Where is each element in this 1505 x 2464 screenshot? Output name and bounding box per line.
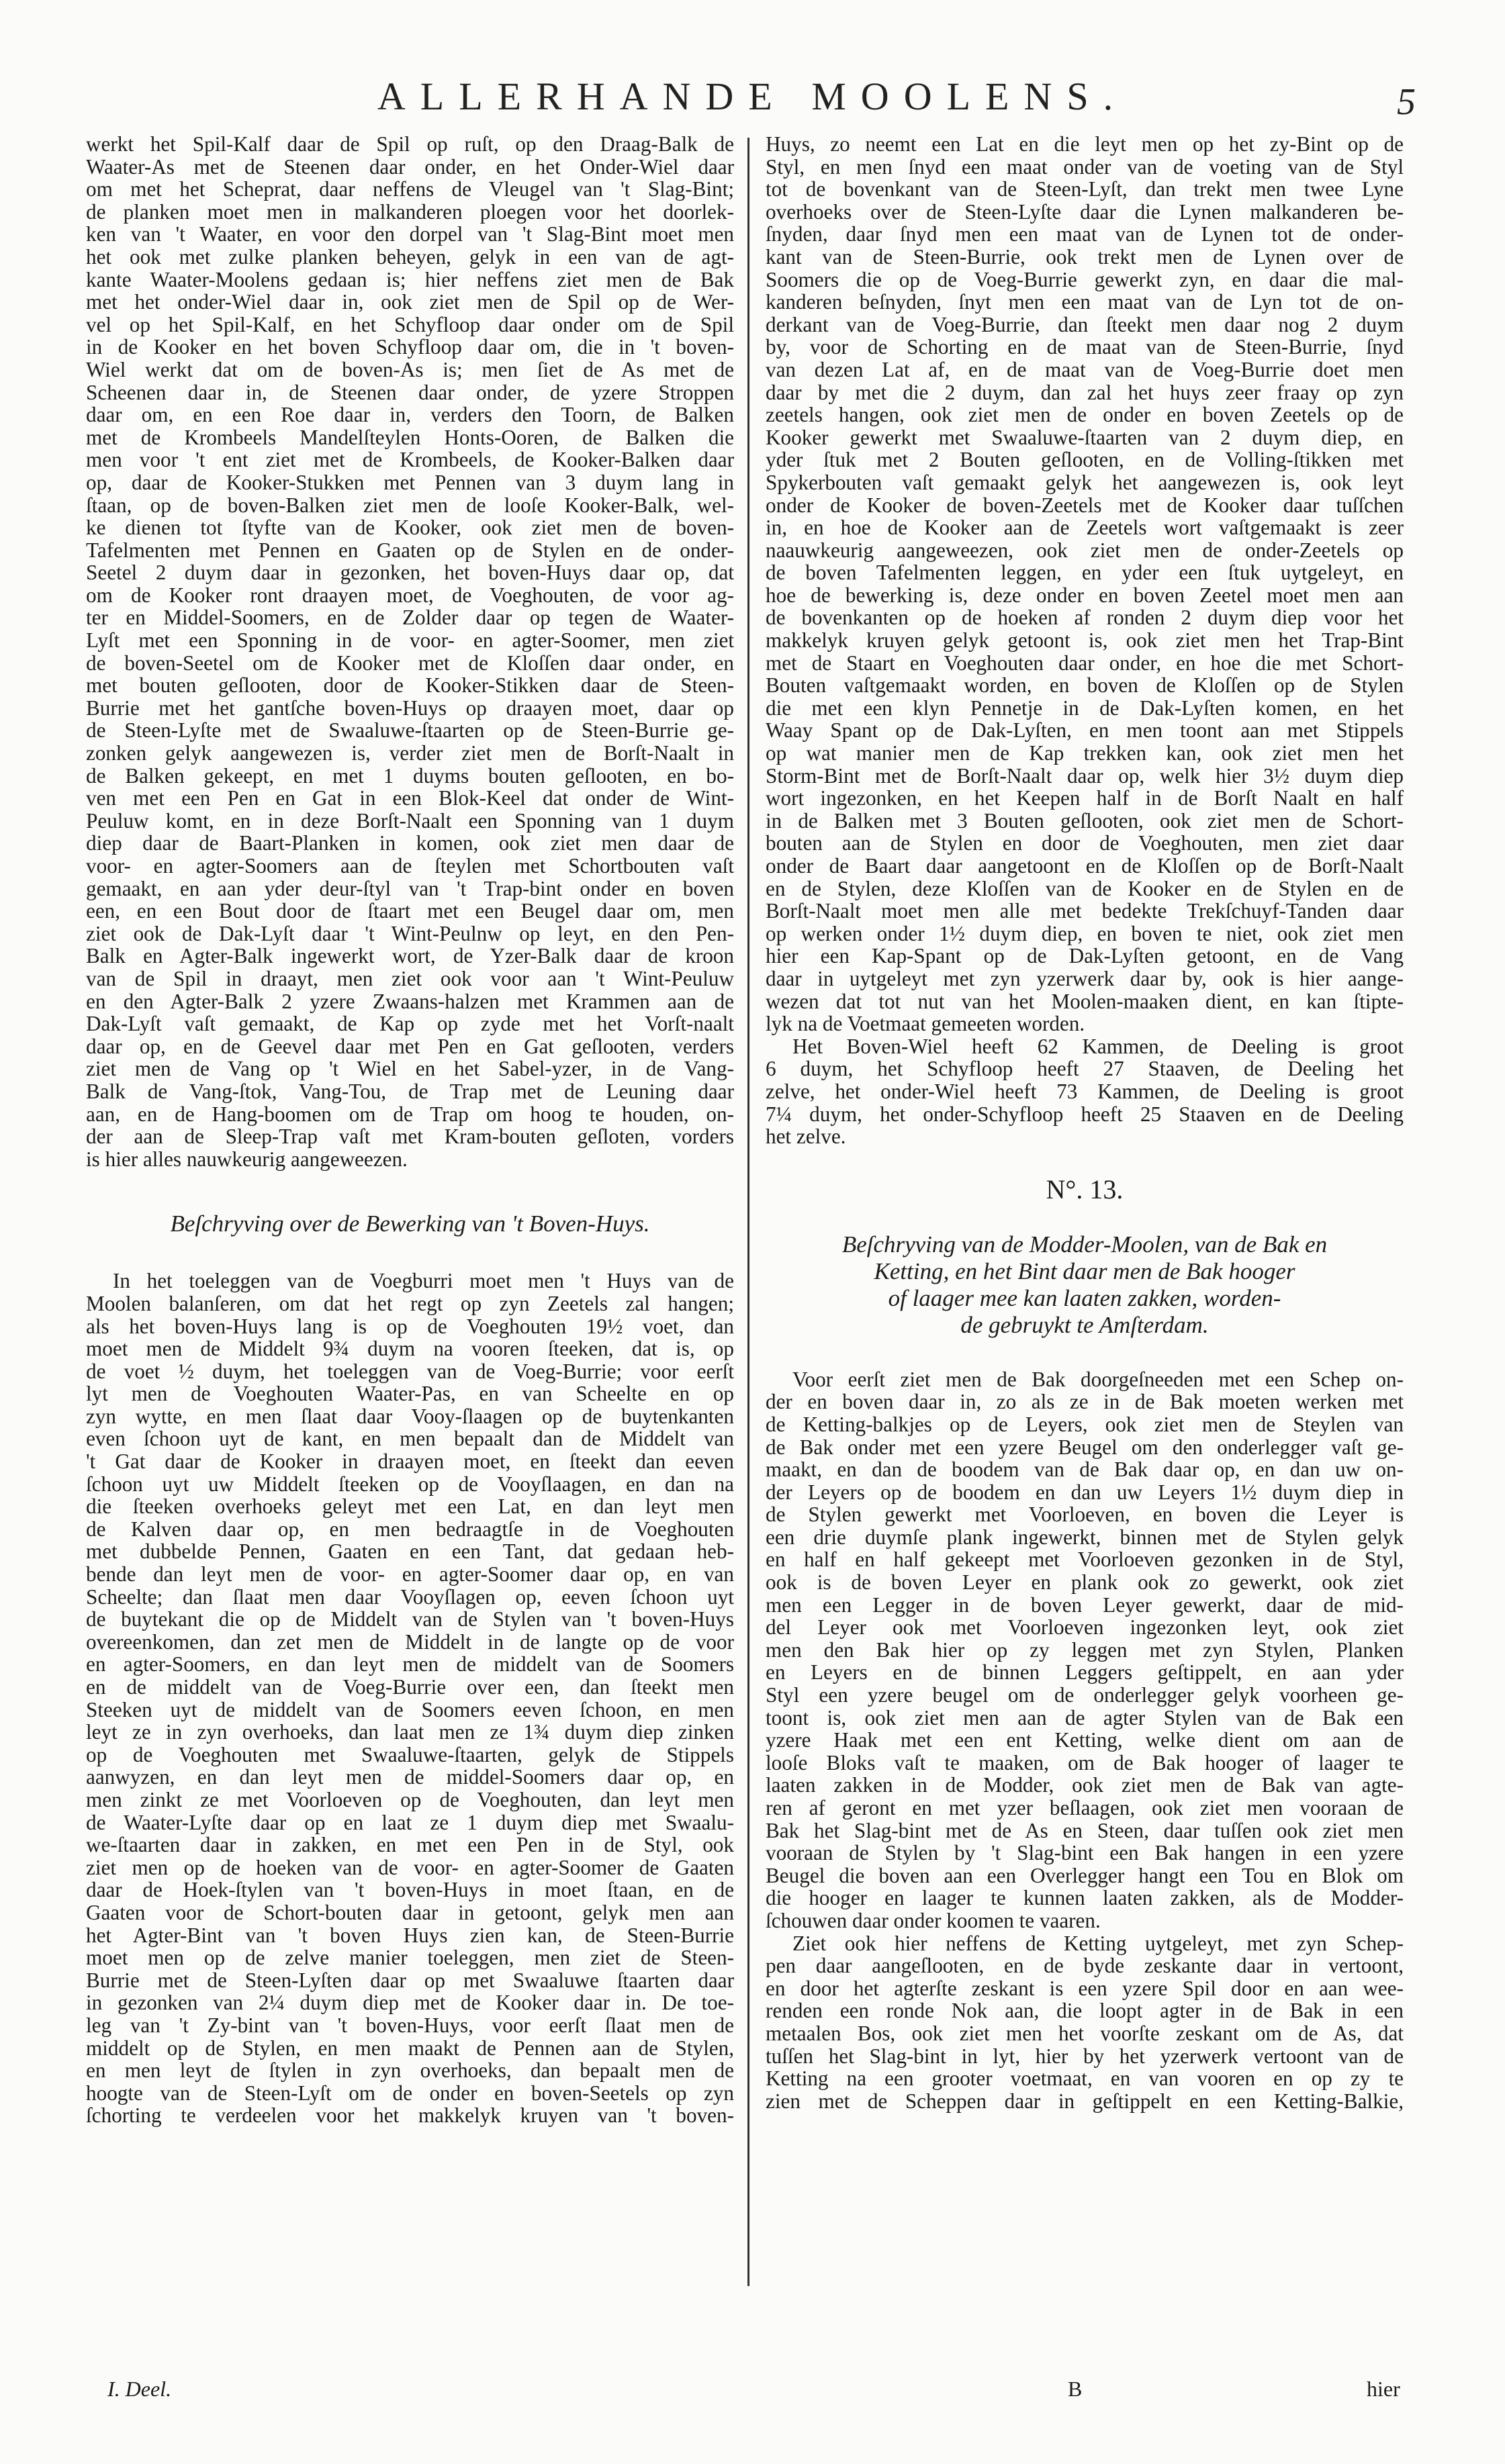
text-line: en agter-Soomers, en dan leyt men de mid…	[86, 1653, 734, 1676]
text-line: In het toeleggen van de Voegburri moet m…	[86, 1270, 734, 1292]
signature-mark: B	[1068, 2377, 1082, 2402]
text-line: Het Boven-Wiel heeft 62 Kammen, de Deeli…	[766, 1035, 1404, 1058]
text-line: ziet men de Vang op 't Wiel en het Sabel…	[86, 1057, 734, 1080]
page-number: 5	[1397, 81, 1416, 124]
text-line: ken van 't Waater, en voor den dorpel va…	[86, 223, 734, 246]
text-line: vel op het Spil-Kalf, en het Schyfloop d…	[86, 314, 734, 336]
text-line: op wat manier men de Kap trekken kan, oo…	[766, 742, 1404, 765]
text-line: Waater-As met de Steenen daar onder, en …	[86, 156, 734, 179]
text-line: de Balken gekeept, en met 1 duyms bouten…	[86, 765, 734, 788]
paragraph-continuation: Huys, zo neemt een Lat en die leyt men o…	[766, 133, 1404, 1035]
text-line: de bovenkanten op de hoeken af ronden 2 …	[766, 606, 1404, 629]
text-line: kante Waater-Moolens gedaan is; hier nef…	[86, 269, 734, 291]
text-line: Steeken uyt de middelt van de Soomers ee…	[86, 1699, 734, 1721]
text-line: makkelyk kruyen gelyk getoont is, ook zi…	[766, 629, 1404, 652]
text-line: Burrie met het gantſche boven-Huys op dr…	[86, 697, 734, 720]
text-line: kanderen beſnyden, ſnyt men een maat van…	[766, 291, 1404, 314]
text-line: Burrie met de Steen-Lyſten daar op met S…	[86, 1969, 734, 1992]
text-line: en den Agter-Balk 2 yzere Zwaans-halzen …	[86, 990, 734, 1013]
right-column: Huys, zo neemt een Lat en die leyt men o…	[766, 133, 1404, 2112]
text-line: gemaakt, en aan yder deur-ſtyl van 't Tr…	[86, 878, 734, 900]
text-line: metaalen Bos, ook ziet men het voorſte z…	[766, 2022, 1404, 2045]
left-column: werkt het Spil-Kalf daar de Spil op ruſt…	[86, 133, 734, 2127]
text-line: middelt op de Stylen, en men maakt de Pe…	[86, 2037, 734, 2060]
text-line: Moolen balanſeren, om dat het regt op zy…	[86, 1292, 734, 1315]
text-line: 7¼ duym, het onder-Schyfloop heeft 25 St…	[766, 1103, 1404, 1126]
text-line: 6 duym, het Schyfloop heeft 27 Staaven, …	[766, 1057, 1404, 1080]
text-line: yzere Haak met een ent Ketting, welke di…	[766, 1729, 1404, 1752]
text-line: onder de Kooker de boven-Zeetels met de …	[766, 494, 1404, 517]
text-line: zonken gelyk aangewezen is, verder ziet …	[86, 742, 734, 765]
text-line: het ook met zulke planken beheyen, gelyk…	[86, 246, 734, 269]
text-line: der aan de Sleep-Trap vaſt met Kram-bout…	[86, 1125, 734, 1148]
text-line: Styl een yzere beugel om de onderlegger …	[766, 1684, 1404, 1707]
text-line: het zelve.	[766, 1125, 1404, 1148]
text-line: de buytekant die op de Middelt van de St…	[86, 1608, 734, 1631]
text-line: Balk de Vang-ſtok, Vang-Tou, de Trap met…	[86, 1080, 734, 1103]
text-line: men voor 't ent ziet met de Krombeels, d…	[86, 448, 734, 471]
text-line: ſnyden, daar ſnyd men een maat van de Ly…	[766, 223, 1404, 246]
text-line: zelve, het onder-Wiel heeft 73 Kammen, d…	[766, 1080, 1404, 1103]
text-line: lyk na de Voetmaat gemeeten worden.	[766, 1012, 1404, 1035]
text-line: de Bak onder met een yzere Beugel om den…	[766, 1436, 1404, 1459]
running-title: ALLERHANDE MOOLENS.	[0, 74, 1505, 119]
text-line: Borſt-Naalt moet men alle met bedekte Tr…	[766, 900, 1404, 922]
text-line: daar om, en een Roe daar in, verders den…	[86, 404, 734, 426]
text-line: by, voor de Schorting en de maat van de …	[766, 336, 1404, 359]
text-line: in gezonken van 2¼ duym diep met de Kook…	[86, 1991, 734, 2014]
text-line: van de Spil in draayt, men ziet ook voor…	[86, 967, 734, 990]
text-line: Huys, zo neemt een Lat en die leyt men o…	[766, 133, 1404, 156]
text-line: een, en een Bout door de ſtaart met een …	[86, 900, 734, 922]
signature-volume: I. Deel.	[107, 2377, 171, 2402]
text-line: die hooger en laager te kunnen laaten za…	[766, 1887, 1404, 1909]
text-line: de voet ½ duym, het toeleggen van de Voe…	[86, 1360, 734, 1383]
text-line: der Leyers op de boodem en dan uw Leyers…	[766, 1481, 1404, 1504]
text-line: en de middelt van de Voeg-Burrie over ee…	[86, 1676, 734, 1699]
text-line: op de Voeghouten met Swaaluwe-ſtaarten, …	[86, 1744, 734, 1766]
column-divider	[747, 138, 749, 2286]
text-line: en half en half gekeept met Voorloeven g…	[766, 1548, 1404, 1571]
text-line: met dubbelde Pennen, Gaaten en een Tant,…	[86, 1540, 734, 1563]
book-page: ALLERHANDE MOOLENS. 5 werkt het Spil-Kal…	[0, 0, 1505, 2464]
text-line: en Leyers en de binnen Leggers geſtippel…	[766, 1661, 1404, 1684]
text-line: Voor eerſt ziet men de Bak doorgeſneeden…	[766, 1368, 1404, 1391]
text-line: Wiel werkt dat om de boven-As is; men ſi…	[86, 359, 734, 381]
text-line: daar de Hoek-ſtylen van 't boven-Huys in…	[86, 1879, 734, 1901]
text-line: laaten zakken in de Modder, ook ziet men…	[766, 1774, 1404, 1797]
paragraph-boven-huys: In het toeleggen van de Voegburri moet m…	[86, 1270, 734, 2127]
text-line: we-ſtaarten daar in zakken, en met een P…	[86, 1834, 734, 1856]
text-line: tuſſen het Slag-bint in lyt, hier by het…	[766, 2045, 1404, 2068]
text-line: in de Kooker en het boven Schyfloop daar…	[86, 336, 734, 359]
text-line: de Steen-Lyſte met de Swaaluwe-ſtaarten …	[86, 719, 734, 742]
text-line: aan, en de Hang-boomen om de Trap om hoo…	[86, 1103, 734, 1126]
text-line: even ſchoon uyt de kant, en men bepaalt …	[86, 1427, 734, 1450]
text-line: looſe Bloks vaſt te maaken, om de Bak ho…	[766, 1752, 1404, 1774]
text-line: voor- en agter-Soomers aan de ſteylen me…	[86, 855, 734, 878]
text-line: del Leyer ook met Voorloeven ingezonken …	[766, 1616, 1404, 1639]
text-line: de Ketting-balkjes op de Leyers, ook zie…	[766, 1413, 1404, 1436]
text-line: met het onder-Wiel daar in, ook ziet men…	[86, 291, 734, 314]
text-line: naauwkeurig aangeweezen, ook ziet men de…	[766, 539, 1404, 562]
text-line: leyt ze in zyn overhoeks, dan laat men z…	[86, 1721, 734, 1744]
text-line: op werken onder 1½ duym diep, en boven t…	[766, 922, 1404, 945]
text-line: met de Krombeels Mandelſteylen Honts-Oor…	[86, 426, 734, 449]
paragraph-wheel-counts: Het Boven-Wiel heeft 62 Kammen, de Deeli…	[766, 1035, 1404, 1148]
text-line: om de Kooker ront draayen moet, de Voegh…	[86, 584, 734, 607]
text-line: op, daar de Kooker-Stukken met Pennen va…	[86, 471, 734, 494]
text-line: yder ſtuk met 2 Bouten geſlooten, en de …	[766, 448, 1404, 471]
text-line: Scheenen daar in, de Steenen daar onder,…	[86, 381, 734, 404]
text-line: Balk en Agter-Balk ingewerkt wort, de Yz…	[86, 945, 734, 967]
text-line: daar by met die 2 duym, dan zal het huys…	[766, 381, 1404, 404]
text-line: Soomers die op de Voeg-Burrie gewerkt zy…	[766, 269, 1404, 291]
text-line: leg van 't Zy-bint van 't boven-Huys, vo…	[86, 2014, 734, 2037]
text-line: die met een klyn Pennetje in de Dak-Lyſt…	[766, 697, 1404, 720]
text-line: Styl, en men ſnyd een maat onder van de …	[766, 156, 1404, 179]
catchword: hier	[1367, 2377, 1400, 2402]
section-heading-boven-huys: Beſchryving over de Bewerking van 't Bov…	[86, 1211, 734, 1237]
text-line: Storm-Bint met de Borſt-Naalt daar op, w…	[766, 765, 1404, 788]
text-line: zeetels hangen, ook ziet men de onder en…	[766, 404, 1404, 426]
text-line: Gaaten voor de Schort-bouten daar in get…	[86, 1901, 734, 1924]
text-line: moet men op de zelve manier toeleggen, m…	[86, 1946, 734, 1969]
text-line: der en boven daar in, zo als ze in de Ba…	[766, 1390, 1404, 1413]
text-line: Seetel 2 duym daar in gezonken, het bove…	[86, 561, 734, 584]
text-line: Ketting na een grooter voetmaat, en van …	[766, 2067, 1404, 2090]
text-line: is hier alles nauwkeurig aangeweezen.	[86, 1148, 734, 1171]
text-line: hoe de bewerking is, deze onder en boven…	[766, 584, 1404, 607]
text-line: tot de bovenkant van de Steen-Lyſt, dan …	[766, 178, 1404, 201]
text-line: Spykerbouten vaſt gemaakt gelyk het aang…	[766, 471, 1404, 494]
text-line: Beſchryving van de Modder-Moolen, van de…	[766, 1231, 1404, 1258]
text-line: hier een Kap-Spant op de Dak-Lyſten geto…	[766, 945, 1404, 967]
text-line: en men leyt de ſtylen in zyn overhoeks, …	[86, 2059, 734, 2082]
text-line: maakt, en dan de boodem van de Bak daar …	[766, 1458, 1404, 1481]
text-line: met de Staart en Voeghouten daar onder, …	[766, 652, 1404, 675]
text-line: ook is de boven Leyer en plank ook zo ge…	[766, 1571, 1404, 1594]
text-line: Lyſt met een Sponning in de voor- en agt…	[86, 629, 734, 652]
text-line: lyt men de Voeghouten Waater-Pas, en van…	[86, 1382, 734, 1405]
text-line: ſchoon uyt uw Middelt ſteeken op de Vooy…	[86, 1473, 734, 1496]
text-line: bende dan leyt men de voor- en agter-Soo…	[86, 1563, 734, 1586]
text-line: overeenkomen, dan zet men de Middelt in …	[86, 1631, 734, 1654]
text-line: daar op, en de Geevel daar met Pen en Ga…	[86, 1035, 734, 1058]
text-line: als het boven-Huys lang is op de Voeghou…	[86, 1315, 734, 1338]
text-line: wort ingezonken, en het Keepen half in d…	[766, 787, 1404, 810]
text-line: van dezen Lat af, en de maat van de Voeg…	[766, 359, 1404, 381]
text-line: pen daar aangeſlooten, en de byde zeskan…	[766, 1954, 1404, 1977]
text-line: ziet men op de hoeken van de voor- en ag…	[86, 1856, 734, 1879]
text-line: zyn wytte, en men ſlaat daar Vooy-ſlaage…	[86, 1405, 734, 1428]
paragraph-modder-moolen: Voor eerſt ziet men de Bak doorgeſneeden…	[766, 1368, 1404, 1932]
text-line: de Waater-Lyſte daar op en laat ze 1 duy…	[86, 1811, 734, 1834]
text-line: de gebruykt te Amſterdam.	[766, 1312, 1404, 1339]
text-line: toont is, ook ziet men aan de agter Styl…	[766, 1707, 1404, 1729]
text-line: in de Balken met 3 Bouten geſlooten, ook…	[766, 810, 1404, 833]
text-line: zien met de Scheppen daar in geſtippelt …	[766, 2090, 1404, 2113]
text-line: Ketting, en het Bint daar men de Bak hoo…	[766, 1258, 1404, 1285]
text-line: of laager mee kan laaten zakken, worden-	[766, 1285, 1404, 1312]
text-line: hoogte van de Steen-Lyſt om de onder en …	[86, 2082, 734, 2105]
text-line: de Stylen gewerkt met Voorloeven, en bov…	[766, 1503, 1404, 1526]
text-line: bouten aan de Stylen en door de Voeghout…	[766, 832, 1404, 855]
text-line: ziet ook de Dak-Lyſt daar 't Wint-Peulnw…	[86, 922, 734, 945]
text-line: Tafelmenten met Pennen en Gaaten op de S…	[86, 539, 734, 562]
text-line: 't Gat daar de Kooker in draayen moet, e…	[86, 1450, 734, 1473]
text-line: en de Stylen, deze Kloſſen van de Kooker…	[766, 878, 1404, 900]
text-line: met bouten geſlooten, door de Kooker-Sti…	[86, 674, 734, 697]
text-line: Kooker gewerkt met Swaaluwe-ſtaarten van…	[766, 426, 1404, 449]
text-line: het Agter-Bint van 't boven Huys zien ka…	[86, 1924, 734, 1947]
text-line: men zinkt ze met Voorloeven op de Voegho…	[86, 1789, 734, 1811]
text-line: werkt het Spil-Kalf daar de Spil op ruſt…	[86, 133, 734, 156]
text-line: Bak het Slag-bint met de As en Steen, da…	[766, 1819, 1404, 1842]
text-line: Ziet ook hier neffens de Ketting uytgele…	[766, 1932, 1404, 1955]
text-line: ke dienen tot ſtyfte van de Kooker, ook …	[86, 516, 734, 539]
text-line: wezen dat tot nut van het Moolen-maaken …	[766, 990, 1404, 1013]
text-line: de Kalven daar op, en men bedraagtſe in …	[86, 1518, 734, 1541]
text-line: men een Legger in de boven Leyer gewerkt…	[766, 1594, 1404, 1617]
text-line: die ſteeken overhoeks geleyt met een Lat…	[86, 1495, 734, 1518]
text-line: een drie duymſe plank ingewerkt, binnen …	[766, 1526, 1404, 1549]
section-number: N°. 13.	[766, 1175, 1404, 1204]
text-line: moet men de Middelt 9¾ duym na vooren ſt…	[86, 1337, 734, 1360]
text-line: ſtaan, op de boven-Balken ziet men de lo…	[86, 494, 734, 517]
text-line: Beugel die boven aan een Overlegger hang…	[766, 1864, 1404, 1887]
text-line: Waay Spant op de Dak-Lyſten, en men toon…	[766, 719, 1404, 742]
text-line: de boven-Seetel om de Kooker met de Kloſ…	[86, 652, 734, 675]
text-line: overhoeks over de Steen-Lyſte daar die L…	[766, 201, 1404, 224]
text-line: Dak-Lyſt vaſt gemaakt, de Kap op zyde me…	[86, 1012, 734, 1035]
text-line: in, en hoe de Kooker aan de Zeetels wort…	[766, 516, 1404, 539]
paragraph-ketting: Ziet ook hier neffens de Ketting uytgele…	[766, 1932, 1404, 2113]
text-line: Bouten vaſtgemaakt worden, en boven de K…	[766, 674, 1404, 697]
text-line: ven met een Pen en Gat in een Blok-Keel …	[86, 787, 734, 810]
text-line: ren af geront en met yzer beſlaagen, ook…	[766, 1797, 1404, 1819]
text-line: renden een ronde Nok aan, die loopt agte…	[766, 1999, 1404, 2022]
text-line: de boven Tafelmenten leggen, en yder een…	[766, 561, 1404, 584]
text-line: Peuluw komt, en in deze Borſt-Naalt een …	[86, 810, 734, 833]
text-line: onder de Baart daar aangetoont en de Klo…	[766, 855, 1404, 878]
text-line: aanwyzen, en dan leyt men de middel-Soom…	[86, 1766, 734, 1789]
text-line: vooraan de Stylen by 't Slag-bint een Ba…	[766, 1842, 1404, 1864]
paragraph-continuation: werkt het Spil-Kalf daar de Spil op ruſt…	[86, 133, 734, 1170]
text-line: diep daar de Baart-Planken in komen, ook…	[86, 832, 734, 855]
text-line: om met het Scheprat, daar neffens de Vle…	[86, 178, 734, 201]
text-line: de planken moet men in malkanderen ploeg…	[86, 201, 734, 224]
text-line: Scheelte; dan ſlaat men daar Vooyſlagen …	[86, 1586, 734, 1609]
text-line: derkant van de Voeg-Burrie, dan ſteekt m…	[766, 314, 1404, 336]
text-line: daar in uytgeleyt met zyn yzerwerk daar …	[766, 967, 1404, 990]
text-line: ter en Middel-Soomers, en de Zolder daar…	[86, 606, 734, 629]
text-line: men den Bak hier op zy leggen met zyn St…	[766, 1639, 1404, 1662]
text-line: kant van de Steen-Burrie, ook trekt men …	[766, 246, 1404, 269]
text-line: en door het agterſte zeskant is een yzer…	[766, 1977, 1404, 2000]
text-line: ſchorting te verdeelen voor het makkelyk…	[86, 2104, 734, 2127]
text-line: ſchouwen daar onder koomen te vaaren.	[766, 1909, 1404, 1932]
section-heading-modder-moolen: Beſchryving van de Modder-Moolen, van de…	[766, 1231, 1404, 1339]
